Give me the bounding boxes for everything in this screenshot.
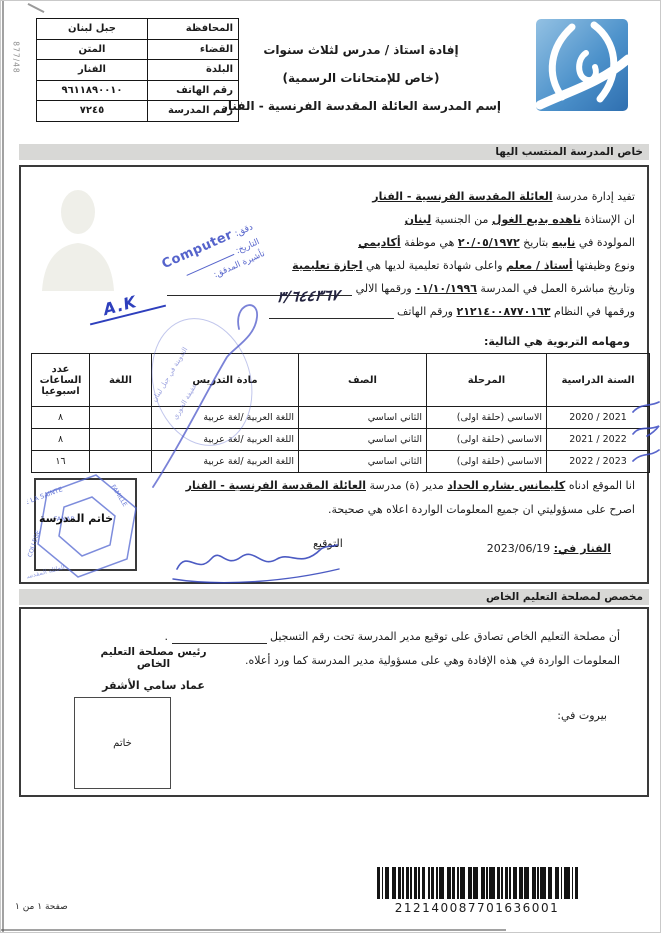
- barcode-bar: [575, 867, 578, 899]
- text: ورقمها الالي: [352, 282, 415, 295]
- barcode-bar: [422, 867, 425, 899]
- page-number: صفحة ١ من ١: [15, 902, 68, 912]
- principal-name: كليمانس بشاره الحداد: [447, 479, 565, 492]
- barcode-gap: [417, 867, 419, 899]
- section-bar-school: خاص المدرسة المنتسب اليها: [19, 144, 649, 160]
- hexagonal-school-stamp: DE LA SAINTE COLLEGE FAMILLE FANAR العائ…: [27, 469, 149, 587]
- page-title: إفادة استاذ / مدرس لثلاث سنوات: [216, 43, 506, 57]
- barcode-bar: [564, 867, 570, 899]
- cell-class: الثاني اساسي: [299, 429, 427, 451]
- statement-line: أن مصلحة التعليم الخاص تصادق على توقيع م…: [60, 629, 620, 644]
- barcode-bar: [513, 867, 518, 899]
- col-hours: عدد الساعات اسبوعيا: [32, 354, 90, 407]
- barcode-bar: [468, 867, 472, 899]
- school-info-table: المحافظة جبل لبنان القضاء المتن البلدة ا…: [36, 18, 239, 122]
- statement-line: ونوع وظيفتها أستاذ / معلم واعلى شهادة تع…: [39, 258, 635, 273]
- cell-class: الثاني اساسي: [299, 407, 427, 429]
- text: واعلى شهادة تعليمية لديها هي: [363, 259, 507, 272]
- barcode-gap: [508, 867, 510, 899]
- barcode-bar: [414, 867, 417, 899]
- certification-text: انا الموقع ادناه كليمانس بشاره الحداد مد…: [75, 478, 635, 526]
- duties-header-row: السنة الدراسية المرحلة الصف مادة التدريس…: [32, 354, 650, 407]
- degree: اجازة تعليمية: [292, 259, 362, 272]
- statement-line: ان الإستاذة ناهده بديع الغول من الجنسية …: [39, 212, 635, 227]
- barcode-gap: [570, 867, 572, 899]
- school-name-line: إسم المدرسة العائلة المقدسة الفرنسية - ا…: [216, 99, 506, 113]
- barcode-bar: [377, 867, 380, 899]
- table-row: رقم الهاتف ٩٦١١٨٩٠٠١٠: [37, 80, 239, 101]
- info-value: الفنار: [37, 60, 148, 81]
- col-class: الصف: [299, 354, 427, 407]
- barcode-gap: [444, 867, 447, 899]
- barcode-bar: [501, 867, 503, 899]
- table-row: المحافظة جبل لبنان: [37, 19, 239, 40]
- barcode-gap: [500, 867, 502, 899]
- seal-text-bottom: العائلة المقدسة: [27, 563, 66, 581]
- blank-registration-number: [172, 632, 267, 644]
- barcode-gap: [459, 867, 461, 899]
- barcode-gap: [380, 867, 382, 899]
- handwritten-pen-loop: [139, 297, 269, 492]
- handwritten-checkmark: [631, 422, 661, 438]
- table-row: رقم المدرسة ٧٢٤٥: [37, 101, 239, 122]
- barcode-bar: [481, 867, 485, 899]
- barcode-gap: [451, 867, 453, 899]
- cell-stage: الاساسي (حلقة اولى): [427, 407, 547, 429]
- barcode: [353, 867, 601, 899]
- handwritten-phone: ٣/٦٤٤٣٦٧: [275, 288, 339, 305]
- text: .: [165, 630, 172, 643]
- barcode-bar: [561, 867, 563, 899]
- employment-start-date: ٠١/١٠/١٩٩٦: [415, 282, 477, 295]
- info-value: ٩٦١١٨٩٠٠١٠: [37, 80, 148, 101]
- birth-date: ٢٠/٠٥/١٩٧٢: [458, 236, 520, 249]
- barcode-bar: [410, 867, 412, 899]
- info-value: جبل لبنان: [37, 19, 148, 40]
- job-title: أستاذ / معلم: [506, 259, 573, 272]
- handwritten-margin-note: 877/48: [12, 23, 21, 93]
- info-label: المحافظة: [148, 19, 239, 40]
- barcode-bar: [532, 867, 536, 899]
- school-logo-icon: [534, 17, 630, 113]
- text: ورقم الهاتف: [394, 305, 457, 318]
- handwritten-signature: [169, 541, 344, 589]
- blank-phone-line: [269, 307, 394, 319]
- teacher-name: ناهده بديع الغول: [492, 213, 581, 226]
- barcode-gap: [478, 867, 481, 899]
- phone-blank-line: ٣/٦٤٤٣٦٧: [269, 304, 394, 319]
- barcode-gap: [573, 867, 575, 899]
- barcode-bar: [418, 867, 420, 899]
- barcode-gap: [539, 867, 541, 899]
- barcode-gap: [485, 867, 487, 899]
- chief-signature-block: رئيس مصلحة التعليم الخاص عماد سامي الأشق…: [86, 646, 221, 692]
- barcode-gap: [430, 867, 432, 899]
- cell-class: الثاني اساسي: [299, 451, 427, 473]
- barcode-gap: [412, 867, 414, 899]
- barcode-bar: [497, 867, 500, 899]
- barcode-gap: [389, 867, 392, 899]
- barcode-gap: [546, 867, 548, 899]
- barcode-bar: [452, 867, 455, 899]
- barcode-gap: [517, 867, 519, 899]
- ministry-stamp-label: خاتم: [113, 738, 132, 749]
- school-logo-icon: [534, 17, 630, 113]
- nationality: لبنان: [405, 213, 432, 226]
- barcode-gap: [488, 867, 490, 899]
- table-row: القضاء المتن: [37, 39, 239, 60]
- barcode-gap: [434, 867, 436, 899]
- barcode-gap: [529, 867, 532, 899]
- barcode-gap: [438, 867, 440, 899]
- barcode-bar: [431, 867, 434, 899]
- table-row: البلدة الفنار: [37, 60, 239, 81]
- school-name: العائلة المقدسة الفرنسية - الفنار: [372, 190, 552, 203]
- barcode-bar: [460, 867, 465, 899]
- barcode-gap: [523, 867, 525, 899]
- barcode-bar: [548, 867, 553, 899]
- barcode-bar: [555, 867, 559, 899]
- barcode-bar: [382, 867, 384, 899]
- page-subtitle: (خاص للإمتحانات الرسمية): [216, 71, 506, 85]
- statement-line: انا الموقع ادناه كليمانس بشاره الحداد مد…: [75, 478, 635, 493]
- ministry-stamp-box: خاتم: [74, 697, 171, 789]
- text: وتاريخ مباشرة العمل في المدرسة: [477, 282, 635, 295]
- table-row: 2021 / 2022 الاساسي (حلقة اولى) الثاني ا…: [32, 429, 650, 451]
- cell-stage: الاساسي (حلقة اولى): [427, 429, 547, 451]
- text: انا الموقع ادناه: [565, 479, 635, 492]
- text: أن مصلحة التعليم الخاص تصادق على توقيع م…: [267, 630, 620, 643]
- barcode-bar: [489, 867, 495, 899]
- text: ونوع وظيفتها: [573, 259, 635, 272]
- barcode-gap: [511, 867, 513, 899]
- scan-edge-left: [2, 1, 4, 933]
- barcode-gap: [455, 867, 457, 899]
- birth-place: نابيه: [552, 236, 576, 249]
- barcode-bar: [406, 867, 409, 899]
- barcode-gap: [472, 867, 474, 899]
- duties-table: السنة الدراسية المرحلة الصف مادة التدريس…: [31, 353, 650, 473]
- barcode-gap: [495, 867, 497, 899]
- barcode-gap: [396, 867, 398, 899]
- statement-line: تفيد إدارة مدرسة العائلة المقدسة الفرنسي…: [39, 189, 635, 204]
- barcode-bar: [473, 867, 478, 899]
- barcode-bar: [457, 867, 459, 899]
- scanned-certificate-page: 877/48 المحافظة جبل لبنان القضاء المتن ا…: [0, 0, 661, 933]
- section-bar-school-title: خاص المدرسة المنتسب اليها: [489, 146, 649, 158]
- barcode-bar: [572, 867, 574, 899]
- document-title-block: إفادة استاذ / مدرس لثلاث سنوات (خاص للإم…: [216, 43, 506, 127]
- barcode-bar: [505, 867, 508, 899]
- barcode-gap: [552, 867, 555, 899]
- seal-text-right: FAMILLE: [109, 484, 128, 509]
- barcode-gap: [559, 867, 561, 899]
- seal-text-left: COLLEGE: [27, 529, 42, 558]
- date-value: 2023/06/19: [487, 542, 550, 555]
- barcode-bar: [398, 867, 401, 899]
- text: هي موظفة: [401, 236, 458, 249]
- barcode-gap: [465, 867, 468, 899]
- barcode-bar: [509, 867, 511, 899]
- school-seal-label: خاتم المدرسة: [39, 512, 113, 525]
- barcode-bar: [524, 867, 529, 899]
- text: ان الإستاذة: [581, 213, 635, 226]
- barcode-bar: [540, 867, 546, 899]
- barcode-bar: [392, 867, 396, 899]
- barcode-gap: [536, 867, 538, 899]
- scan-fold-mark: [28, 3, 45, 13]
- cell-hours: ٨: [32, 429, 90, 451]
- barcode-bar: [428, 867, 430, 899]
- text: تفيد إدارة مدرسة: [553, 190, 635, 203]
- handwritten-checkmark: [631, 399, 661, 415]
- handwritten-checkmark: [631, 448, 661, 464]
- date-label: الفنار في:: [554, 542, 611, 555]
- barcode-number: 212140087701636001: [353, 901, 601, 915]
- employee-type: أكاديمي: [358, 236, 401, 249]
- barcode-gap: [383, 867, 385, 899]
- chief-name: عماد سامي الأشقر: [86, 679, 221, 692]
- barcode-gap: [401, 867, 403, 899]
- school-name: العائلة المقدسة الفرنسية - الفنار: [186, 479, 366, 492]
- barcode-bar: [486, 867, 488, 899]
- info-value: المتن: [37, 39, 148, 60]
- text: ورقمها في النظام: [551, 305, 636, 318]
- beirut-date-line: بيروت في:: [557, 709, 607, 722]
- chief-title: رئيس مصلحة التعليم الخاص: [86, 646, 221, 670]
- cell-hours: ٨: [32, 407, 90, 429]
- table-row: 2020 / 2021 الاساسي (حلقة اولى) الثاني ا…: [32, 407, 650, 429]
- barcode-bar: [519, 867, 523, 899]
- statement-line: المولودة في نابيه بتاريخ ٢٠/٠٥/١٩٧٢ هي م…: [39, 235, 635, 250]
- barcode-bar: [439, 867, 444, 899]
- text: مدير (ة) مدرسة: [366, 479, 447, 492]
- system-number: ٢١٢١٤٠٠٨٧٧٠١٦٣: [457, 305, 551, 318]
- duties-table-title: ومهامه التربوية هي التالية:: [484, 335, 630, 348]
- barcode-bar: [436, 867, 438, 899]
- text: من الجنسية: [431, 213, 492, 226]
- barcode-gap: [503, 867, 505, 899]
- barcode-bar: [402, 867, 404, 899]
- cell-stage: الاساسي (حلقة اولى): [427, 451, 547, 473]
- text: بتاريخ: [520, 236, 552, 249]
- barcode-gap: [420, 867, 422, 899]
- barcode-bar: [447, 867, 451, 899]
- scan-edge-bottom: [1, 929, 506, 931]
- info-value: ٧٢٤٥: [37, 101, 148, 122]
- place-date-line: الفنار في: 2023/06/19: [487, 542, 611, 555]
- col-stage: المرحلة: [427, 354, 547, 407]
- statement-line: اصرح على مسؤوليتي ان جميع المعلومات الوا…: [75, 502, 635, 517]
- barcode-gap: [425, 867, 428, 899]
- barcode-bar: [385, 867, 390, 899]
- barcode-gap: [409, 867, 411, 899]
- text: المولودة في: [575, 236, 635, 249]
- section-bar-ministry-title: مخصص لمصلحة التعليم الخاص: [480, 591, 649, 603]
- barcode-gap: [562, 867, 564, 899]
- section-bar-ministry: مخصص لمصلحة التعليم الخاص: [19, 589, 649, 605]
- barcode-gap: [404, 867, 406, 899]
- barcode-bar: [537, 867, 539, 899]
